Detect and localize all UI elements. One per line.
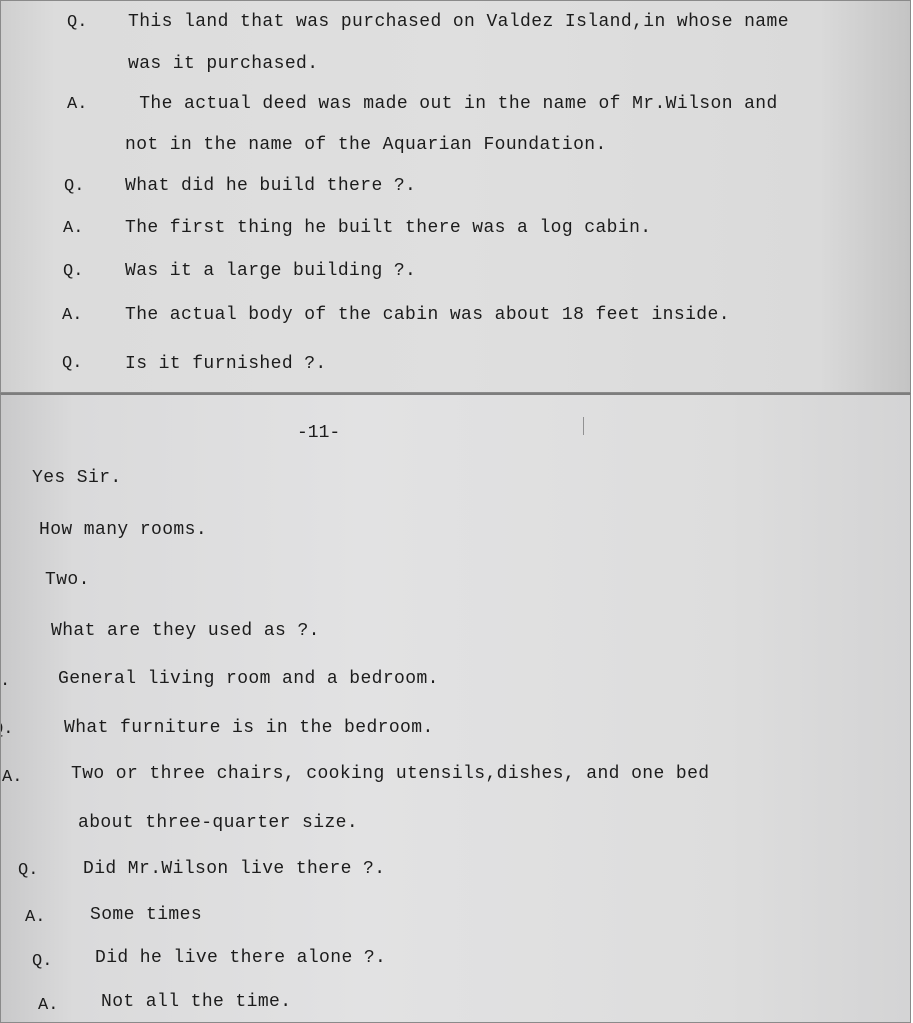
transcript-line: General living room and a bedroom. [58, 668, 439, 690]
transcript-line: The actual body of the cabin was about 1… [125, 304, 730, 326]
speaker-label: Q. [0, 719, 13, 741]
transcript-line: How many rooms. [39, 519, 207, 541]
speaker-label: A. [63, 218, 83, 240]
transcript-line: not in the name of the Aquarian Foundati… [125, 134, 607, 156]
transcript-line: Yes Sir. [32, 467, 122, 489]
speaker-label: A. [62, 305, 82, 327]
transcript-page-bottom: -11- Yes Sir. How many rooms. Two. What … [0, 393, 911, 1023]
page-number: -11- [297, 422, 340, 444]
speaker-label: . [0, 671, 10, 693]
transcript-line: Not all the time. [101, 991, 291, 1013]
paper-mark [583, 417, 584, 435]
speaker-label: Q. [18, 860, 38, 882]
speaker-label: Q. [32, 951, 52, 973]
speaker-label: A. [67, 94, 87, 116]
transcript-line: What are they used as ?. [51, 620, 320, 642]
speaker-label: Q. [62, 353, 82, 375]
transcript-line: What did he build there ?. [125, 175, 416, 197]
transcript-line: Was it a large building ?. [125, 260, 416, 282]
transcript-page-top: Q. This land that was purchased on Valde… [0, 0, 911, 393]
transcript-line: about three-quarter size. [78, 812, 358, 834]
transcript-line: Two or three chairs, cooking utensils,di… [71, 763, 710, 785]
transcript-line: Did he live there alone ?. [95, 947, 386, 969]
transcript-line: Is it furnished ?. [125, 353, 327, 375]
speaker-label: A. [38, 995, 58, 1017]
transcript-line: Did Mr.Wilson live there ?. [83, 858, 385, 880]
speaker-label: A. [2, 767, 22, 789]
speaker-label: Q. [63, 261, 83, 283]
transcript-line: was it purchased. [128, 53, 318, 75]
transcript-line: Some times [90, 904, 202, 926]
transcript-line: This land that was purchased on Valdez I… [128, 11, 789, 33]
speaker-label: A. [25, 907, 45, 929]
transcript-line: The actual deed was made out in the name… [128, 93, 778, 115]
transcript-line: What furniture is in the bedroom. [64, 717, 434, 739]
speaker-label: Q. [67, 12, 87, 34]
transcript-line: Two. [45, 569, 90, 591]
transcript-line: The first thing he built there was a log… [125, 217, 651, 239]
speaker-label: Q. [64, 176, 84, 198]
